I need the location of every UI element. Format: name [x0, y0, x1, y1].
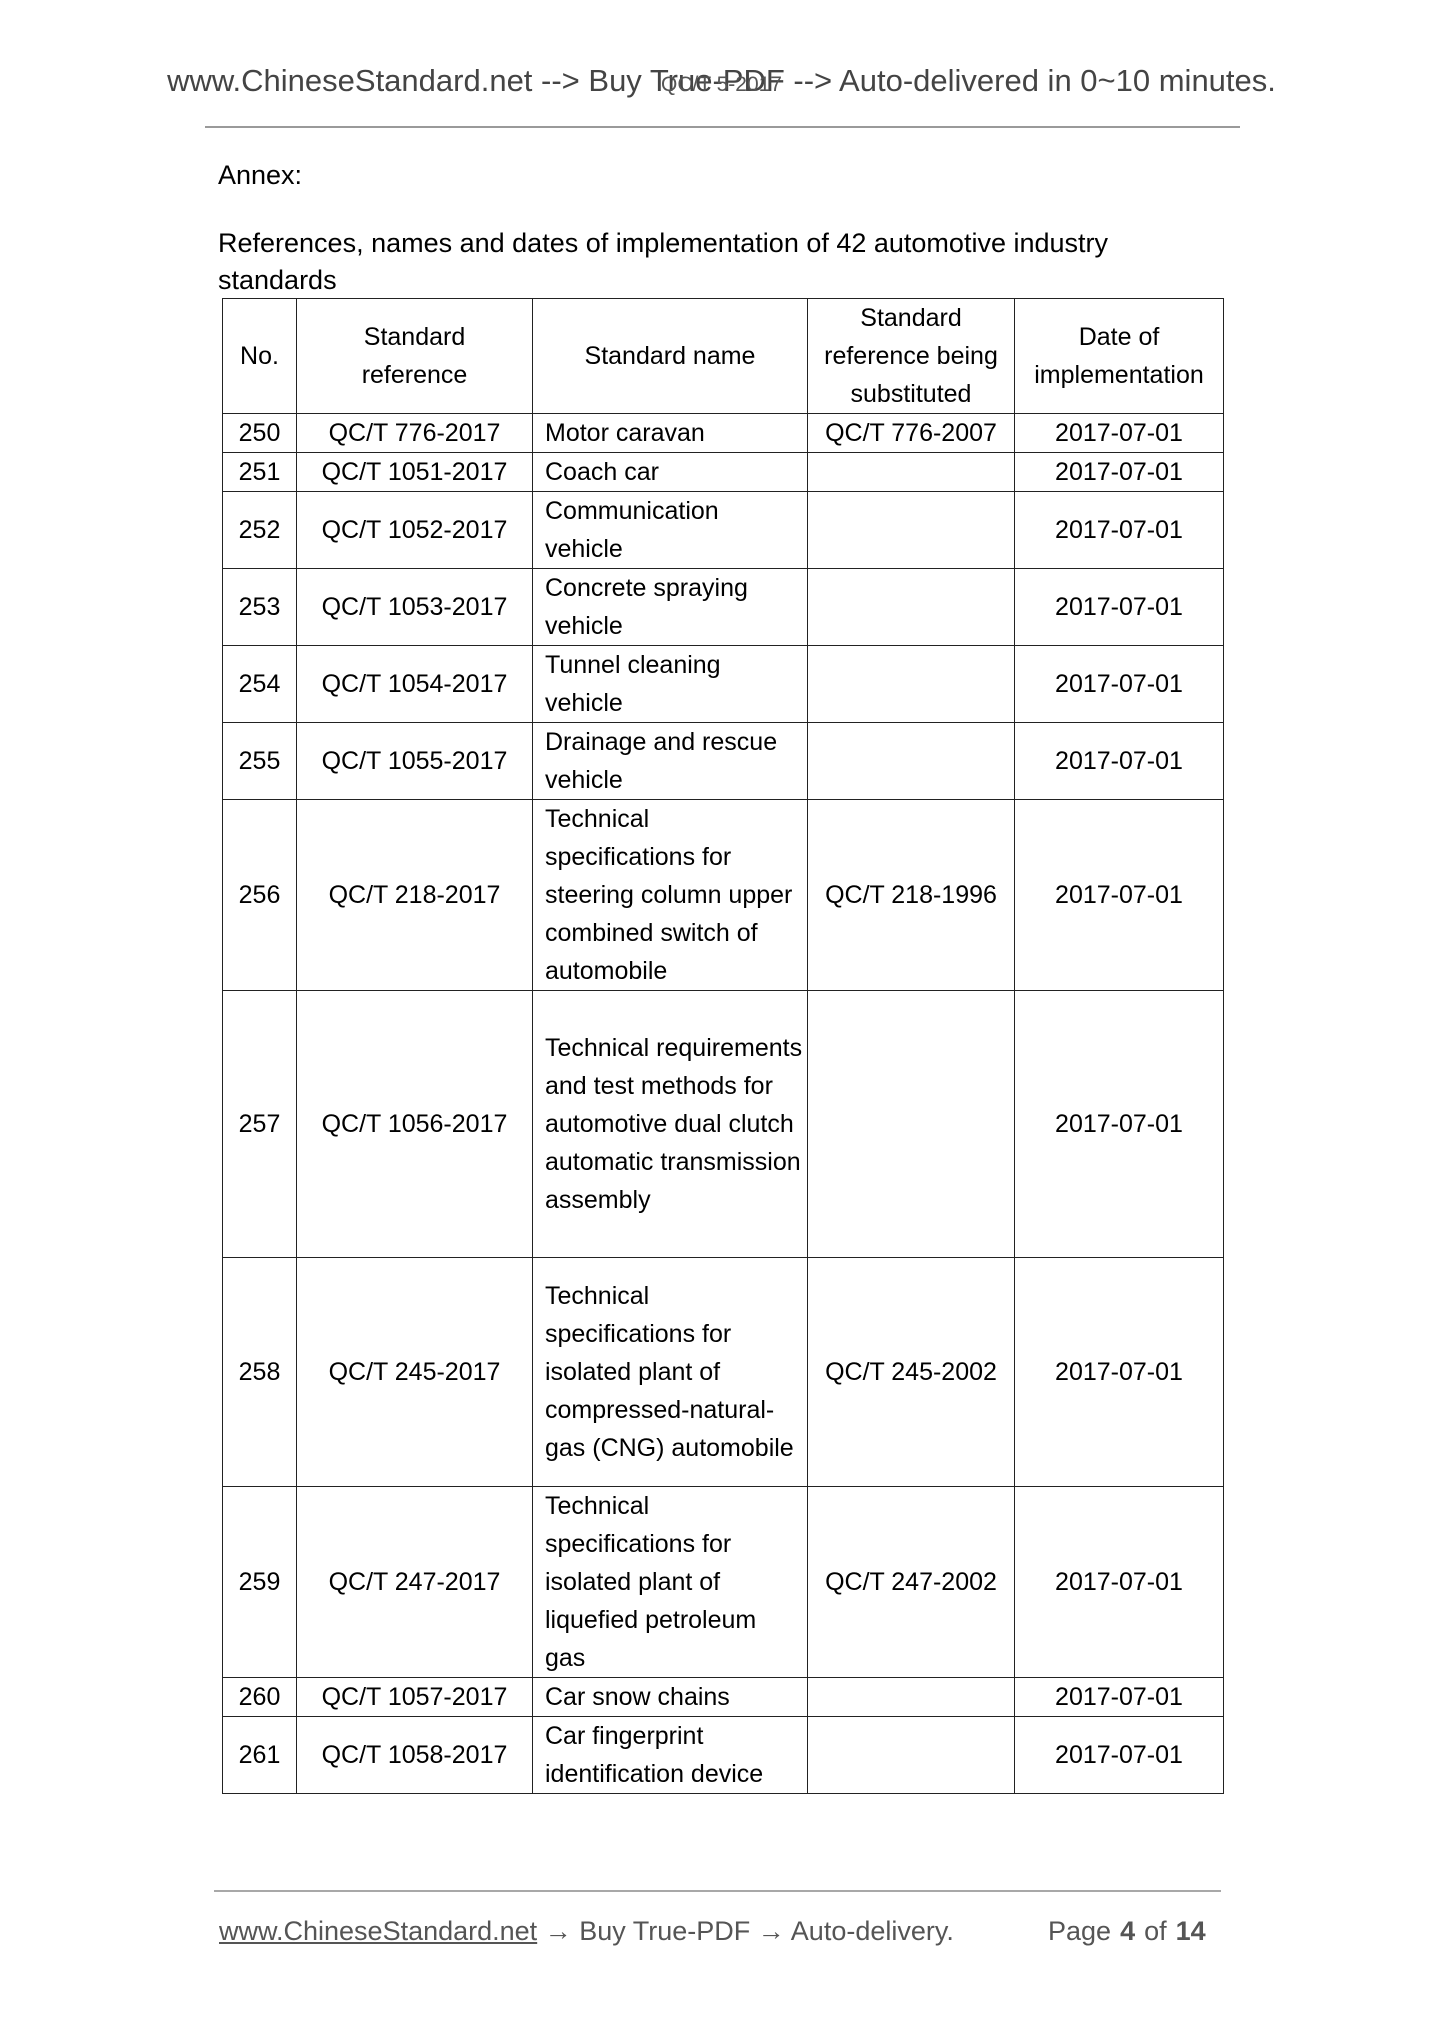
cell-standard-name: Car snow chains [533, 1678, 808, 1717]
column-header-standard-reference: Standard reference [297, 299, 533, 414]
table-row: 250QC/T 776-2017Motor caravanQC/T 776-20… [223, 414, 1224, 453]
cell-standard-name: Technical specifications for steering co… [533, 800, 808, 991]
arrow-right-icon: → [758, 1916, 785, 1946]
cell-no: 261 [223, 1717, 297, 1794]
column-header-date-text: Date of implementation [1029, 318, 1209, 394]
table-row: 253QC/T 1053-2017Concrete spraying vehic… [223, 569, 1224, 646]
cell-date: 2017-07-01 [1015, 453, 1224, 492]
of-label: of [1144, 1916, 1167, 1946]
footer-buy-text: Buy True-PDF [579, 1916, 750, 1946]
cell-substituted-reference: QC/T 218-1996 [808, 800, 1015, 991]
cell-no: 258 [223, 1258, 297, 1487]
cell-date: 2017-07-01 [1015, 1678, 1224, 1717]
table-row: 256QC/T 218-2017Technical specifications… [223, 800, 1224, 991]
table-row: 252QC/T 1052-2017Communication vehicle20… [223, 492, 1224, 569]
cell-standard-reference: QC/T 1055-2017 [297, 723, 533, 800]
cell-date: 2017-07-01 [1015, 1487, 1224, 1678]
cell-substituted-reference: QC/T 247-2002 [808, 1487, 1015, 1678]
cell-no: 260 [223, 1678, 297, 1717]
cell-no: 255 [223, 723, 297, 800]
cell-no: 252 [223, 492, 297, 569]
document-id: QC/T 5-2017 [0, 72, 1443, 98]
column-header-date: Date of implementation [1015, 299, 1224, 414]
table-row: 258QC/T 245-2017Technical specifications… [223, 1258, 1224, 1487]
cell-standard-reference: QC/T 1051-2017 [297, 453, 533, 492]
cell-substituted-reference [808, 991, 1015, 1258]
column-header-standard-name: Standard name [533, 299, 808, 414]
cell-standard-reference: QC/T 245-2017 [297, 1258, 533, 1487]
cell-standard-reference: QC/T 1056-2017 [297, 991, 533, 1258]
cell-standard-name: Technical specifications for isolated pl… [533, 1487, 808, 1678]
total-pages: 14 [1176, 1916, 1206, 1946]
table-row: 254QC/T 1054-2017Tunnel cleaning vehicle… [223, 646, 1224, 723]
cell-no: 250 [223, 414, 297, 453]
column-header-substituted: Standard reference being substituted [808, 299, 1015, 414]
annex-label: Annex: [218, 158, 302, 192]
column-header-no: No. [223, 299, 297, 414]
cell-date: 2017-07-01 [1015, 646, 1224, 723]
cell-date: 2017-07-01 [1015, 492, 1224, 569]
page-label: Page [1048, 1916, 1111, 1946]
cell-date: 2017-07-01 [1015, 723, 1224, 800]
table-title: References, names and dates of implement… [218, 225, 1218, 299]
cell-substituted-reference [808, 646, 1015, 723]
cell-standard-name: Car fingerprint identification device [533, 1717, 808, 1794]
table-header-row: No. Standard reference Standard name Sta… [223, 299, 1224, 414]
cell-substituted-reference [808, 453, 1015, 492]
cell-standard-reference: QC/T 247-2017 [297, 1487, 533, 1678]
cell-no: 253 [223, 569, 297, 646]
cell-no: 256 [223, 800, 297, 991]
cell-standard-reference: QC/T 776-2017 [297, 414, 533, 453]
cell-no: 257 [223, 991, 297, 1258]
cell-substituted-reference [808, 723, 1015, 800]
cell-standard-reference: QC/T 1053-2017 [297, 569, 533, 646]
cell-standard-name: Coach car [533, 453, 808, 492]
cell-substituted-reference [808, 569, 1015, 646]
header-divider [205, 126, 1240, 128]
table-row: 259QC/T 247-2017Technical specifications… [223, 1487, 1224, 1678]
cell-standard-reference: QC/T 1057-2017 [297, 1678, 533, 1717]
cell-date: 2017-07-01 [1015, 569, 1224, 646]
cell-substituted-reference [808, 1678, 1015, 1717]
cell-standard-name: Technical requirements and test methods … [533, 991, 808, 1258]
cell-standard-reference: QC/T 1052-2017 [297, 492, 533, 569]
table-row: 255QC/T 1055-2017Drainage and rescue veh… [223, 723, 1224, 800]
footer-divider [214, 1890, 1221, 1892]
column-header-substituted-text: Standard reference being substituted [821, 299, 1001, 413]
table-row: 260QC/T 1057-2017Car snow chains2017-07-… [223, 1678, 1224, 1717]
cell-standard-name: Concrete spraying vehicle [533, 569, 808, 646]
arrow-right-icon: → [545, 1916, 572, 1946]
cell-standard-name: Motor caravan [533, 414, 808, 453]
cell-date: 2017-07-01 [1015, 800, 1224, 991]
cell-standard-reference: QC/T 1054-2017 [297, 646, 533, 723]
footer-delivery-text: Auto-delivery. [791, 1916, 954, 1946]
cell-standard-name: Drainage and rescue vehicle [533, 723, 808, 800]
cell-substituted-reference: QC/T 776-2007 [808, 414, 1015, 453]
standards-table: No. Standard reference Standard name Sta… [222, 298, 1224, 1794]
cell-standard-reference: QC/T 1058-2017 [297, 1717, 533, 1794]
cell-no: 259 [223, 1487, 297, 1678]
column-header-standard-reference-text: Standard reference [340, 318, 490, 394]
footer-site-link[interactable]: www.ChineseStandard.net [219, 1916, 537, 1946]
cell-substituted-reference [808, 1717, 1015, 1794]
cell-standard-name: Tunnel cleaning vehicle [533, 646, 808, 723]
table-row: 251QC/T 1051-2017Coach car2017-07-01 [223, 453, 1224, 492]
page-indicator: Page4of14 [1048, 1914, 1206, 1948]
cell-standard-name: Technical specifications for isolated pl… [533, 1258, 808, 1487]
cell-no: 254 [223, 646, 297, 723]
table-row: 257QC/T 1056-2017Technical requirements … [223, 991, 1224, 1258]
footer-promo: www.ChineseStandard.net → Buy True-PDF →… [219, 1914, 954, 1948]
cell-date: 2017-07-01 [1015, 414, 1224, 453]
table-row: 261QC/T 1058-2017Car fingerprint identif… [223, 1717, 1224, 1794]
cell-date: 2017-07-01 [1015, 1717, 1224, 1794]
cell-standard-name: Communication vehicle [533, 492, 808, 569]
cell-substituted-reference: QC/T 245-2002 [808, 1258, 1015, 1487]
cell-substituted-reference [808, 492, 1015, 569]
cell-date: 2017-07-01 [1015, 991, 1224, 1258]
current-page: 4 [1120, 1916, 1135, 1946]
cell-standard-reference: QC/T 218-2017 [297, 800, 533, 991]
cell-date: 2017-07-01 [1015, 1258, 1224, 1487]
cell-no: 251 [223, 453, 297, 492]
